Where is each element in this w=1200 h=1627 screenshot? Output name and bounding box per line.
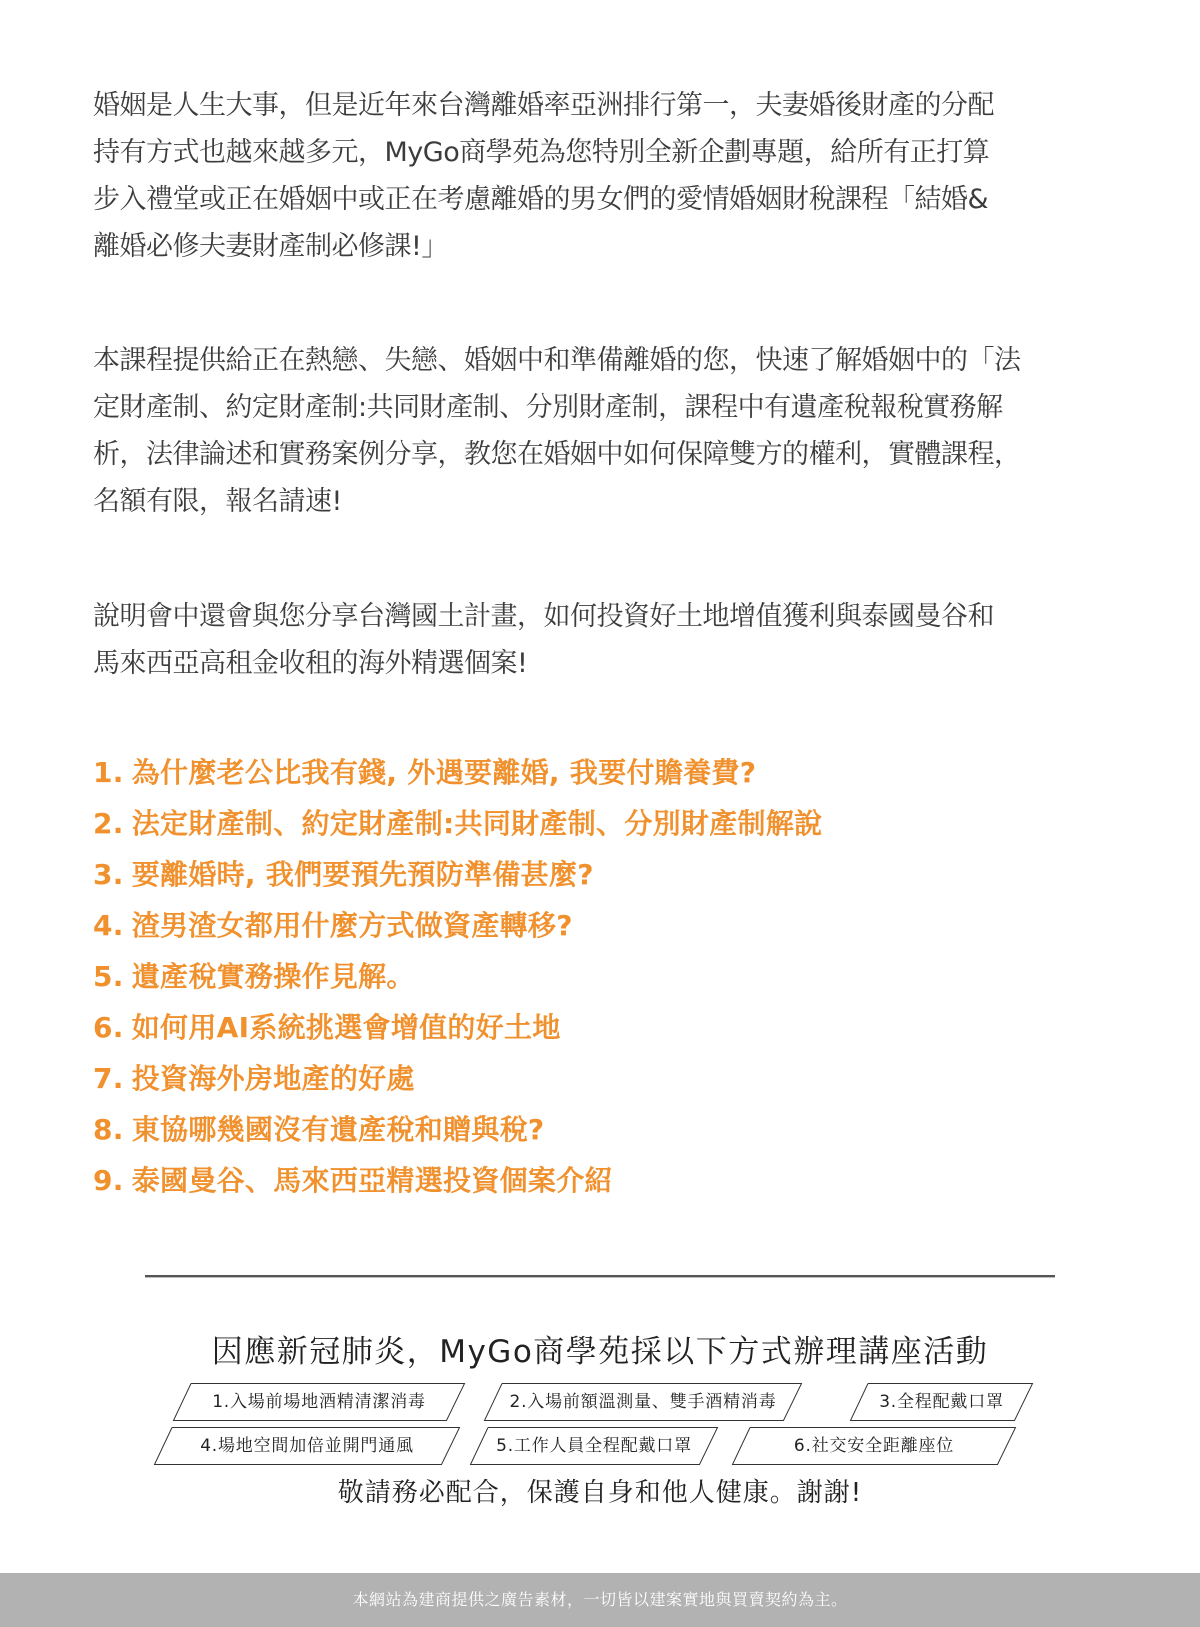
topic-item: 9.泰國曼谷、馬來西亞精選投資個案介紹 xyxy=(93,1155,822,1206)
topic-item: 4.渣男渣女都用什麼方式做資產轉移? xyxy=(93,900,822,951)
text-line: 離婚必修夫妻財產制必修課!」 xyxy=(93,223,1123,270)
measure-label: 2.入場前額溫測量、雙手酒精消毒 xyxy=(484,1383,802,1421)
topic-text: 投資海外房地產的好處 xyxy=(132,1062,415,1095)
topic-number: 8. xyxy=(93,1113,124,1146)
text-line: 名額有限，報名請速! xyxy=(93,478,1123,525)
text-line: 本課程提供給正在熱戀、失戀、婚姻中和準備離婚的您，快速了解婚姻中的「法 xyxy=(93,337,1123,384)
topic-item: 6.如何用AI系統挑選會增值的好土地 xyxy=(93,1002,822,1053)
topic-number: 1. xyxy=(93,756,124,789)
text-line: 馬來西亞高租金收租的海外精選個案! xyxy=(93,640,1123,687)
intro-paragraph-3: 說明會中還會與您分享台灣國土計畫，如何投資好土地增值獲利與泰國曼谷和 馬來西亞高… xyxy=(93,593,1123,687)
measure-tag: 6.社交安全距離座位 xyxy=(732,1427,1016,1465)
measure-tag: 1.入場前場地酒精清潔消毒 xyxy=(173,1383,465,1421)
text-line: 析，法律論述和實務案例分享，教您在婚姻中如何保障雙方的權利，實體課程， xyxy=(93,431,1123,478)
topic-text: 遺產稅實務操作見解。 xyxy=(132,960,415,993)
topic-text: 泰國曼谷、馬來西亞精選投資個案介紹 xyxy=(132,1164,613,1197)
section-divider xyxy=(145,1275,1055,1278)
topic-item: 1.為什麼老公比我有錢, 外遇要離婚, 我要付贍養費? xyxy=(93,747,822,798)
measure-label: 4.場地空間加倍並開門通風 xyxy=(154,1427,460,1465)
footer-disclaimer-text: 本網站為建商提供之廣告素材，一切皆以建案實地與買賣契約為主。 xyxy=(352,1590,847,1609)
topic-number: 7. xyxy=(93,1062,124,1095)
measure-tag: 3.全程配戴口罩 xyxy=(850,1383,1033,1421)
text-line: 步入禮堂或正在婚姻中或正在考慮離婚的男女們的愛情婚姻財稅課程「結婚& xyxy=(93,176,1123,223)
topic-number: 4. xyxy=(93,909,124,942)
intro-paragraph-1: 婚姻是人生大事，但是近年來台灣離婚率亞洲排行第一，夫妻婚後財產的分配 持有方式也… xyxy=(93,82,1123,270)
topic-text: 法定財產制、約定財產制:共同財產制、分別財產制解說 xyxy=(132,807,823,840)
measure-label: 6.社交安全距離座位 xyxy=(732,1427,1016,1465)
topic-item: 3.要離婚時, 我們要預先預防準備甚麼? xyxy=(93,849,822,900)
topic-number: 3. xyxy=(93,858,124,891)
topic-number: 5. xyxy=(93,960,124,993)
measure-label: 1.入場前場地酒精清潔消毒 xyxy=(173,1383,465,1421)
text-line: 定財產制、約定財產制:共同財產制、分別財產制，課程中有遺產稅報稅實務解 xyxy=(93,384,1123,431)
topic-number: 6. xyxy=(93,1011,124,1044)
course-topics-list: 1.為什麼老公比我有錢, 外遇要離婚, 我要付贍養費? 2.法定財產制、約定財產… xyxy=(93,747,822,1206)
covid-notice-title: 因應新冠肺炎，MyGo商學苑採以下方式辦理講座活動 xyxy=(0,1326,1200,1371)
measure-tag: 5.工作人員全程配戴口罩 xyxy=(470,1427,718,1465)
topic-item: 2.法定財產制、約定財產制:共同財產制、分別財產制解說 xyxy=(93,798,822,849)
measure-label: 3.全程配戴口罩 xyxy=(850,1383,1033,1421)
text-line: 婚姻是人生大事，但是近年來台灣離婚率亞洲排行第一，夫妻婚後財產的分配 xyxy=(93,82,1123,129)
topic-item: 5.遺產稅實務操作見解。 xyxy=(93,951,822,1002)
measure-tag: 2.入場前額溫測量、雙手酒精消毒 xyxy=(484,1383,802,1421)
topic-text: 要離婚時, 我們要預先預防準備甚麼? xyxy=(132,858,594,891)
topic-item: 8.東協哪幾國沒有遺產稅和贈與稅? xyxy=(93,1104,822,1155)
topic-number: 2. xyxy=(93,807,124,840)
text-line: 持有方式也越來越多元，MyGo商學苑為您特別全新企劃專題，給所有正打算 xyxy=(93,129,1123,176)
measure-tag: 4.場地空間加倍並開門通風 xyxy=(154,1427,460,1465)
topic-text: 東協哪幾國沒有遺產稅和贈與稅? xyxy=(132,1113,545,1146)
topic-text: 渣男渣女都用什麼方式做資產轉移? xyxy=(132,909,573,942)
closing-message: 敬請務必配合，保護自身和他人健康。謝謝! xyxy=(0,1472,1200,1509)
topic-text: 如何用AI系統挑選會增值的好土地 xyxy=(132,1011,561,1044)
topic-number: 9. xyxy=(93,1164,124,1197)
measure-label: 5.工作人員全程配戴口罩 xyxy=(470,1427,718,1465)
text-line: 說明會中還會與您分享台灣國土計畫，如何投資好土地增值獲利與泰國曼谷和 xyxy=(93,593,1123,640)
topic-text: 為什麼老公比我有錢, 外遇要離婚, 我要付贍養費? xyxy=(132,756,757,789)
topic-item: 7.投資海外房地產的好處 xyxy=(93,1053,822,1104)
footer-disclaimer-bar: 本網站為建商提供之廣告素材，一切皆以建案實地與買賣契約為主。 xyxy=(0,1573,1200,1627)
intro-paragraph-2: 本課程提供給正在熱戀、失戀、婚姻中和準備離婚的您，快速了解婚姻中的「法 定財產制… xyxy=(93,337,1123,525)
